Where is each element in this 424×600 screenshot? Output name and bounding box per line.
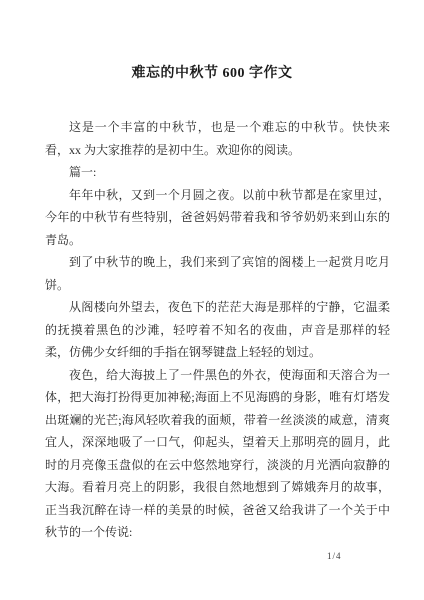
paragraph: 从阁楼向外望去，夜色下的茫茫大海是那样的宁静，它温柔的抚摸着黑色的沙滩，轻哼着不… <box>45 296 390 364</box>
document-title: 难忘的中秋节 600 字作文 <box>0 66 424 82</box>
paragraph: 篇一: <box>45 161 390 184</box>
paragraph: 年年中秋，又到一个月圆之夜。以前中秋节都是在家里过，今年的中秋节有些特别，爸爸妈… <box>45 184 390 252</box>
paragraph: 这是一个丰富的中秋节，也是一个难忘的中秋节。快快来看，xx 为大家推荐的是初中生… <box>45 116 390 161</box>
page-number-indicator: 1/4 <box>327 550 342 562</box>
document-page: 难忘的中秋节 600 字作文 这是一个丰富的中秋节，也是一个难忘的中秋节。快快来… <box>0 0 424 600</box>
document-body: 这是一个丰富的中秋节，也是一个难忘的中秋节。快快来看，xx 为大家推荐的是初中生… <box>45 116 390 544</box>
paragraph: 夜色，给大海披上了一件黑色的外衣，使海面和天溶合为一体，把大海打扮得更加神秘;海… <box>45 364 390 544</box>
paragraph: 到了中秋节的晚上，我们来到了宾馆的阁楼上一起赏月吃月饼。 <box>45 251 390 296</box>
